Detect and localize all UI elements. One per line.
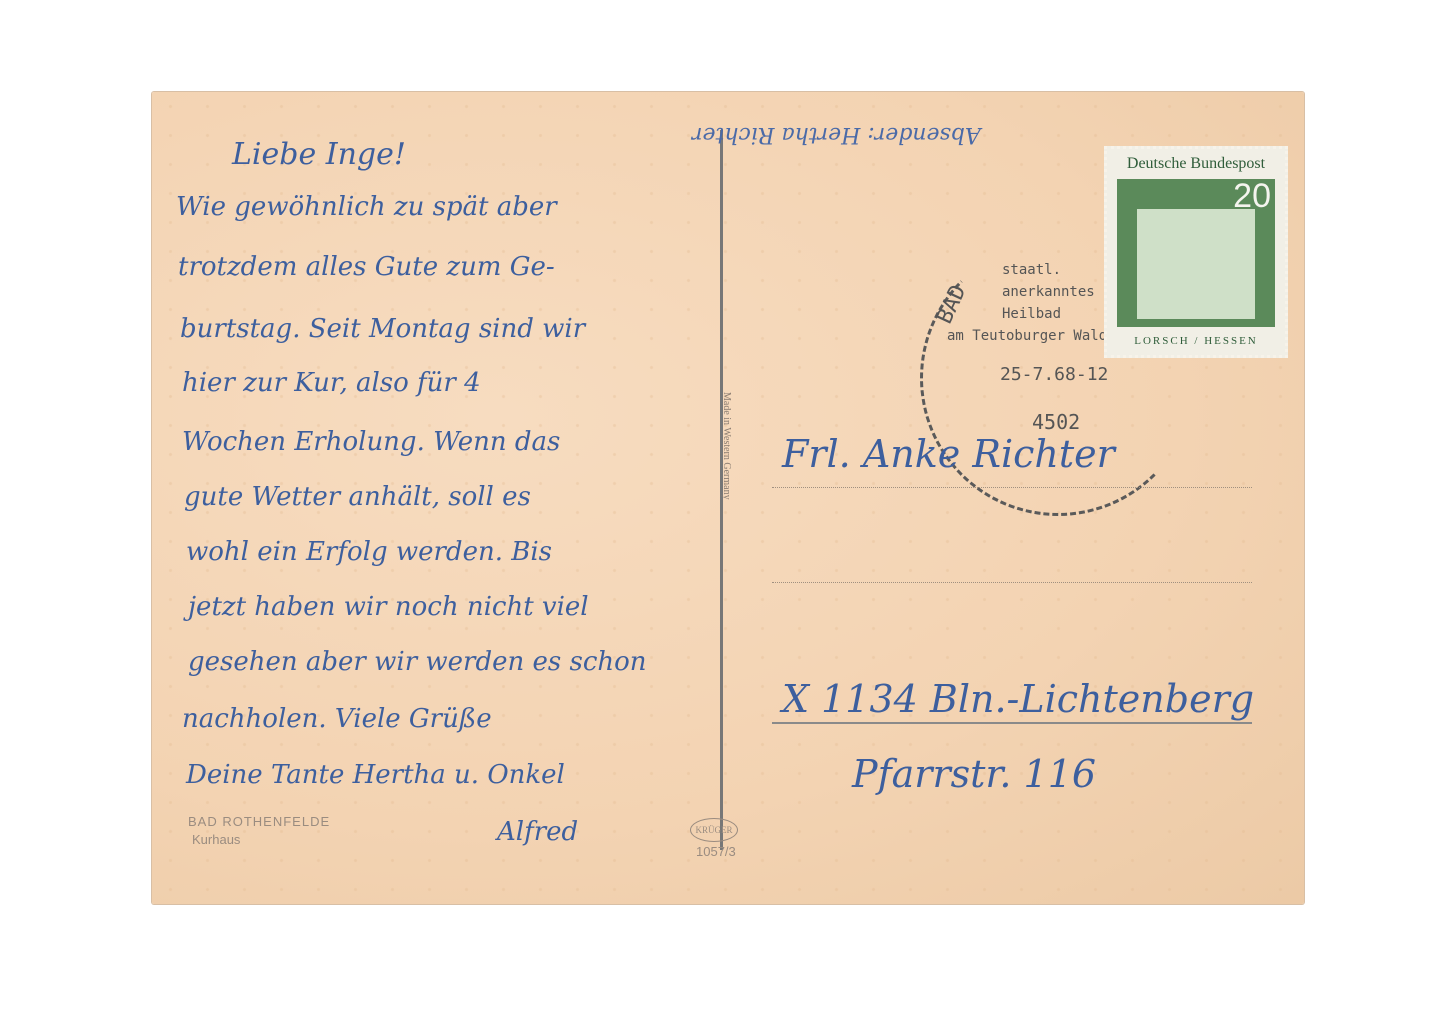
message-line: nachholen. Viele Grüße bbox=[182, 704, 492, 734]
postcard: Made in Western Germany Liebe Inge! Wie … bbox=[152, 92, 1304, 904]
message-line: trotzdem alles Gute zum Ge- bbox=[178, 252, 555, 282]
postmark-slogan-line: staatl. bbox=[1002, 262, 1061, 278]
lorsch-gatehouse-icon bbox=[1137, 209, 1255, 319]
postmark-postcode: 4502 bbox=[1032, 410, 1080, 434]
message-line: burtstag. Seit Montag sind wir bbox=[180, 314, 585, 344]
postmark-slogan-line: anerkanntes bbox=[1002, 284, 1095, 300]
message-line: wohl ein Erfolg werden. Bis bbox=[186, 537, 552, 567]
message-line: jetzt haben wir noch nicht viel bbox=[188, 592, 589, 622]
stamp-issuer: Deutsche Bundespost bbox=[1107, 155, 1285, 173]
address-name: Frl. Anke Richter bbox=[782, 432, 1115, 476]
message-line: Alfred bbox=[497, 817, 578, 847]
greeting: Liebe Inge! bbox=[232, 137, 406, 172]
message-line: gesehen aber wir werden es schon bbox=[188, 647, 647, 677]
message-line: Deine Tante Hertha u. Onkel bbox=[186, 760, 565, 790]
stamp-value: 20 bbox=[1233, 177, 1271, 216]
card-number: 1057/3 bbox=[696, 844, 736, 859]
publisher-logo: KRÜGER bbox=[690, 818, 738, 842]
address-street: Pfarrstr. 116 bbox=[852, 752, 1096, 796]
message-line: Wie gewöhnlich zu spät aber bbox=[176, 192, 557, 222]
message-line: Wochen Erholung. Wenn das bbox=[182, 427, 560, 457]
postmark-slogan-line: am Teutoburger Wald bbox=[947, 328, 1107, 344]
postmark-slogan-line: Heilbad bbox=[1002, 306, 1061, 322]
address-line-2 bbox=[772, 582, 1252, 583]
message-line: hier zur Kur, also für 4 bbox=[182, 368, 481, 398]
printed-caption: BAD ROTHENFELDE bbox=[188, 814, 330, 829]
stamp-location: LORSCH / HESSEN bbox=[1107, 335, 1285, 347]
message-line: gute Wetter anhält, soll es bbox=[184, 482, 531, 512]
sender-note: Absender: Hertha Richter bbox=[692, 122, 981, 147]
address-city: X 1134 Bln.-Lichtenberg bbox=[782, 677, 1254, 721]
made-in-label: Made in Western Germany bbox=[721, 392, 732, 500]
printed-subcaption: Kurhaus bbox=[192, 832, 240, 847]
address-line-3 bbox=[772, 722, 1252, 724]
address-line-1 bbox=[772, 487, 1252, 488]
postmark-date: 25-7.68-12 bbox=[1000, 364, 1108, 385]
postage-stamp: Deutsche Bundespost 20 LORSCH / HESSEN bbox=[1104, 146, 1288, 358]
